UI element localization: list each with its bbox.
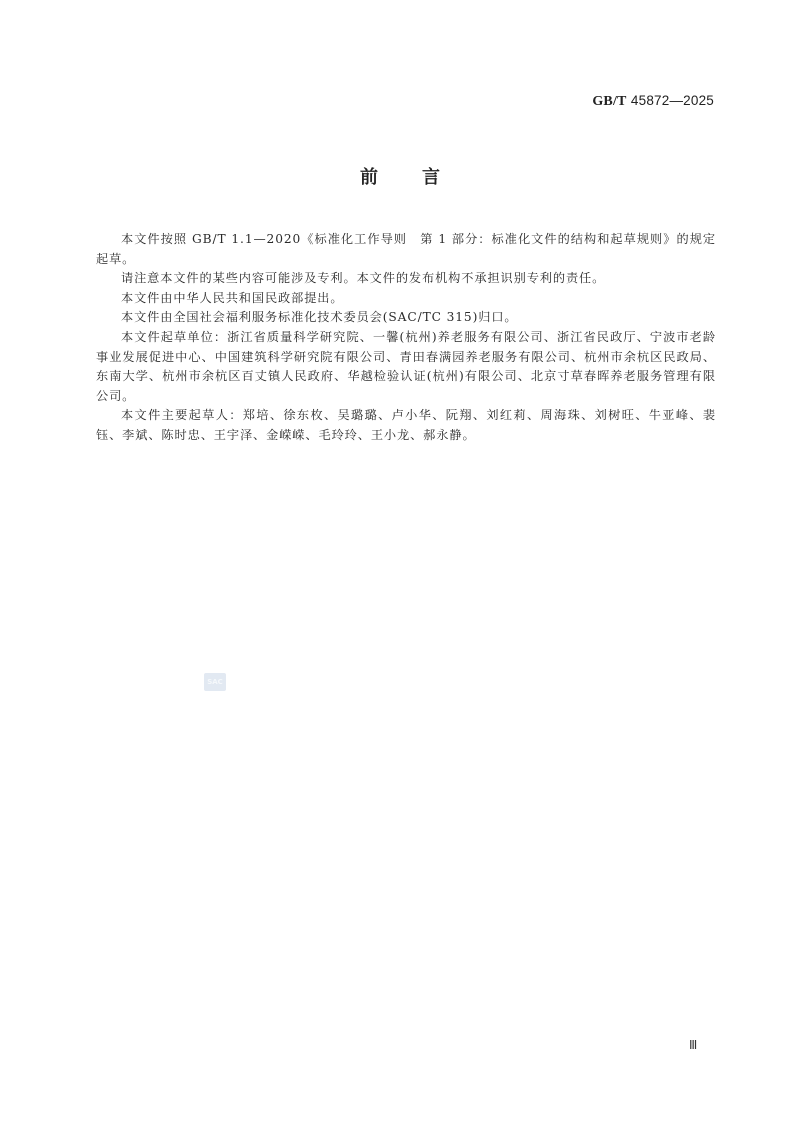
paragraph-drafting-rules: 本文件按照 GB/T 1.1—2020《标准化工作导则 第 1 部分：标准化文件… [96,230,716,269]
paragraph-committee: 本文件由全国社会福利服务标准化技术委员会(SAC/TC 315)归口。 [96,308,716,328]
standard-prefix: GB/T [592,94,626,109]
sac-watermark-logo: SAC [204,673,226,691]
paragraph-drafting-units: 本文件起草单位：浙江省质量科学研究院、一馨(杭州)养老服务有限公司、浙江省民政厅… [96,328,716,406]
standard-number: 45872—2025 [631,93,714,108]
paragraph-proposer: 本文件由中华人民共和国民政部提出。 [96,289,716,309]
page-title: 前言 [0,163,800,189]
title-char-1: 前 [360,163,378,189]
paragraph-patent-notice: 请注意本文件的某些内容可能涉及专利。本文件的发布机构不承担识别专利的责任。 [96,269,716,289]
standard-code: GB/T 45872—2025 [592,93,714,110]
paragraph-drafters: 本文件主要起草人：郑培、徐东枚、吴璐璐、卢小华、阮翔、刘红莉、周海珠、刘树旺、牛… [96,406,716,445]
page-number: Ⅲ [689,1038,697,1053]
title-char-2: 言 [422,163,440,189]
foreword-body: 本文件按照 GB/T 1.1—2020《标准化工作导则 第 1 部分：标准化文件… [96,230,716,446]
